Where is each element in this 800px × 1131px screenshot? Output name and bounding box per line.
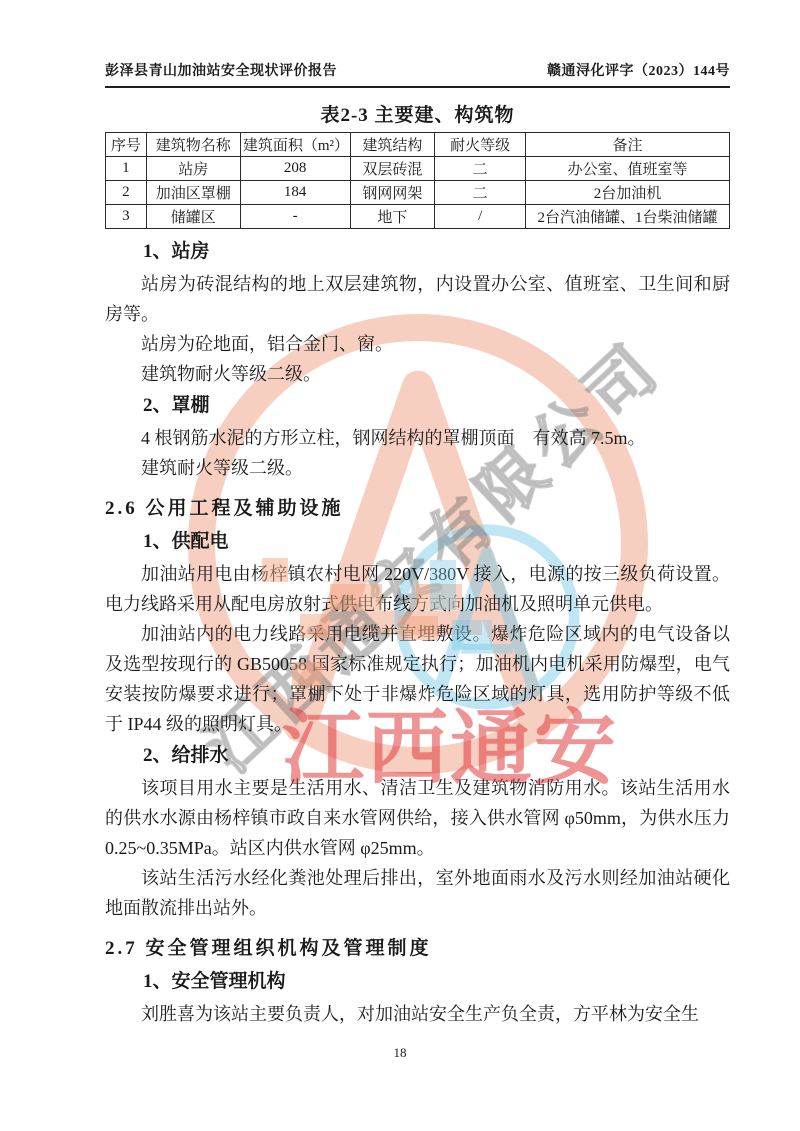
paragraph: 建筑物耐火等级二级。 [105,359,730,389]
table-cell: 办公室、值班室等 [526,157,730,181]
subheading-safety-org: 1、安全管理机构 [105,967,730,997]
subheading-power-supply: 1、供配电 [105,527,730,557]
table-cell: 双层砖混 [350,157,435,181]
table-cell: 3 [106,205,147,229]
watermark-artifact [398,616,438,640]
watermark-artifact [430,560,456,610]
table-row: 2 加油区罩棚 184 钢网网架 二 2台加油机 [106,181,730,205]
watermark-artifact [292,662,322,686]
table-cell: 加油区罩棚 [146,181,240,205]
table-cell: 184 [240,181,350,205]
paragraph: 建筑耐火等级二级。 [105,453,730,483]
paragraph: 4 根钢筋水泥的方形立柱，钢网结构的罩棚顶面 有效高 7.5m。 [105,423,730,453]
table-header-row: 序号 建筑物名称 建筑面积（m²） 建筑结构 耐火等级 备注 [106,133,730,157]
table-caption: 表2-3 主要建、构筑物 [105,100,730,127]
col-header-name: 建筑物名称 [146,133,240,157]
running-header: 彭泽县青山加油站安全现状评价报告 赣通浔化评字（2023）144号 [105,0,730,88]
table-row: 1 站房 208 双层砖混 二 办公室、值班室等 [106,157,730,181]
paragraph: 站房为砖混结构的地上双层建筑物，内设置办公室、值班室、卫生间和厨房等。 [105,269,730,329]
table-cell: 2台汽油储罐、1台柴油储罐 [526,205,730,229]
table-cell: 站房 [146,157,240,181]
document-page: 江西通安有限公司 江西通安 彭泽县青山加油站安全现状评价报告 赣通浔化评字（20… [0,0,800,1131]
red-company-watermark: 江西通安 [282,708,618,790]
table-row: 3 储罐区 - 地下 / 2台汽油储罐、1台柴油储罐 [106,205,730,229]
watermark-artifact [330,584,382,610]
subheading-canopy: 2、罩棚 [105,391,730,421]
col-header-fire: 耐火等级 [435,133,526,157]
table-cell: 2 [106,181,147,205]
table-cell: 钢网网架 [350,181,435,205]
page-number: 18 [0,1045,800,1061]
col-header-area: 建筑面积（m²） [240,133,350,157]
report-title-header: 彭泽县青山加油站安全现状评价报告 [105,60,337,80]
table-cell: 1 [106,157,147,181]
table-cell: 储罐区 [146,205,240,229]
section-heading-2-7: 2.7 安全管理组织机构及管理制度 [105,934,730,964]
paragraph: 站房为砼地面，铝合金门、窗。 [105,329,730,359]
col-header-seq: 序号 [106,133,147,157]
table-cell: 二 [435,157,526,181]
col-header-structure: 建筑结构 [350,133,435,157]
table-cell: / [435,205,526,229]
table-cell: 208 [240,157,350,181]
paragraph: 刘胜喜为该站主要负责人，对加油站安全生产负全责，方平林为安全生 [105,999,730,1029]
document-number-header: 赣通浔化评字（2023）144号 [547,60,730,80]
watermark-artifact [452,620,492,650]
section-heading-2-6: 2.6 公用工程及辅助设施 [105,494,730,524]
subheading-station-building: 1、站房 [105,237,730,267]
table-cell: - [240,205,350,229]
table-cell: 二 [435,181,526,205]
watermark-artifact [300,614,330,638]
watermark-artifact [262,558,288,582]
table-cell: 地下 [350,205,435,229]
col-header-remark: 备注 [526,133,730,157]
buildings-table: 序号 建筑物名称 建筑面积（m²） 建筑结构 耐火等级 备注 1 站房 208 … [105,132,730,229]
document-content: 彭泽县青山加油站安全现状评价报告 赣通浔化评字（2023）144号 表2-3 主… [0,0,800,1029]
table-cell: 2台加油机 [526,181,730,205]
paragraph: 该站生活污水经化粪池处理后排出，室外地面雨水及污水则经加油站硬化地面散流排出站外… [105,863,730,923]
